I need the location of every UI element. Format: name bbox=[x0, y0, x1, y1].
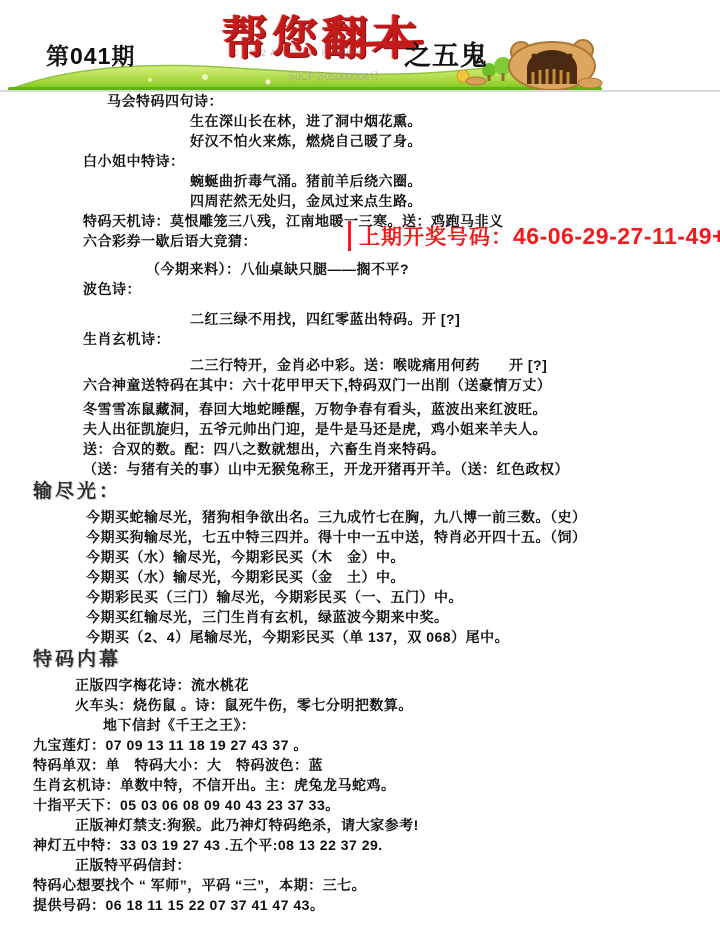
text-line: 马会特码四句诗： bbox=[107, 94, 720, 108]
text-line: 今期买蛇输尽光，猪狗相争欲出名。三九成竹七在胸，九八博一前三数。（史） bbox=[86, 510, 720, 524]
page-subtitle: 之五鬼 bbox=[404, 34, 488, 73]
text-line: 火车头：烧伤鼠 。诗：鼠死牛伤，零七分明把数算。 bbox=[75, 698, 720, 712]
text-line: （今期来料）：八仙桌缺只腿——搁不平? bbox=[146, 262, 720, 276]
text-line: 冬雪雪冻鼠藏洞，春回大地蛇睡醒，万物争春有看头，蓝波出来红波旺。 bbox=[83, 402, 720, 416]
page-title: 帮您翻本 bbox=[222, 2, 422, 68]
text-line: 生肖玄机诗： bbox=[83, 332, 720, 346]
text-line: 九宝莲灯：07 09 13 11 18 19 27 43 37 。 bbox=[33, 738, 720, 752]
text-line: 今期彩民买（三门）输尽光，今期彩民买（一、五门）中。 bbox=[86, 590, 720, 604]
text-line: 十指平天下：05 03 06 08 09 40 43 23 37 33。 bbox=[33, 798, 720, 812]
text-line: 生肖玄机诗：单数中特，不信开出。主：虎兔龙马蛇鸡。 bbox=[33, 778, 720, 792]
text-line: 地下信封《千王之王》： bbox=[103, 718, 720, 732]
text-line: 正版特平码信封： bbox=[75, 858, 720, 872]
page: © 2002 All Rights Reserved 琼ICP备05000006… bbox=[0, 0, 720, 942]
text-line: 波色诗： bbox=[83, 282, 720, 296]
text-line: 二红三绿不用找，四红零蓝出特码。开 [?] bbox=[190, 312, 720, 326]
watermark-icp: 琼ICP备05000006号 bbox=[288, 68, 379, 83]
text-line: 送：合双的数。配：四八之数就想出，六畜生肖来特码。 bbox=[83, 442, 720, 456]
text-line: 今期买（水）输尽光，今期彩民买（金 土）中。 bbox=[86, 570, 720, 584]
text-line: 特码天机诗：莫恨雕笼三八残，江南地暖一三寒。送：鸡跑马非义 bbox=[83, 214, 720, 228]
text-line: 正版四字梅花诗：流水桃花 bbox=[75, 678, 720, 692]
text-line: 好汉不怕火来炼，燃烧自己暖了身。 bbox=[190, 134, 720, 148]
text-line: 神灯五中特：33 03 19 27 43 .五个平:08 13 22 37 29… bbox=[33, 838, 720, 852]
text-line: 提供号码：06 18 11 15 22 07 37 41 47 43。 bbox=[33, 898, 720, 912]
header-divider bbox=[0, 90, 720, 92]
text-line: 特码单双：单 特码大小：大 特码波色：蓝 bbox=[33, 758, 720, 772]
text-line: 六合神童送特码在其中：六十花甲甲天下,特码双门一出削（送豪情万丈） bbox=[83, 378, 720, 392]
text-line: （送：与猪有关的事）山中无猴兔称王，开龙开猪再开羊。（送：红色政权） bbox=[83, 462, 720, 476]
text-line: 今期买狗输尽光，七五中特三四并。得十中一五中送，特肖必开四十五。（饲） bbox=[86, 530, 720, 544]
text-line: 今期买红输尽光，三门生肖有玄机，绿蓝波今期来中奖。 bbox=[86, 610, 720, 624]
text-line: 白小姐中特诗： bbox=[83, 154, 720, 168]
text-line: 蜿蜒曲折毒气涌。猪前羊后绕六圈。 bbox=[190, 174, 720, 188]
text-line: 生在深山长在林，进了洞中烟花熏。 bbox=[190, 114, 720, 128]
text-line: 夫人出征凯旋归，五爷元帅出门迎，是牛是马还是虎，鸡小姐来羊夫人。 bbox=[83, 422, 720, 436]
text-line: 六合彩券一歇后语大竞猜： bbox=[83, 234, 720, 248]
header: © 2002 All Rights Reserved 琼ICP备05000006… bbox=[0, 0, 720, 94]
text-line: 特码心想要找个 “ 军师”，平码 “三”，本期：三七。 bbox=[33, 878, 720, 892]
section-header: 输尽光： bbox=[33, 482, 720, 502]
text-line: 正版神灯禁支:狗猴。此乃神灯特码绝杀，请大家参考! bbox=[75, 818, 720, 832]
content: 马会特码四句诗：生在深山长在林，进了洞中烟花熏。好汉不怕火来炼，燃烧自己暖了身。… bbox=[0, 94, 720, 918]
issue-number: 第041期 bbox=[46, 38, 135, 71]
text-line: 今期买（水）输尽光，今期彩民买（木 金）中。 bbox=[86, 550, 720, 564]
text-line: 二三行特开，金肖必中彩。送：喉咙痛用何药 开 [?] bbox=[190, 358, 720, 372]
text-line: 四周茫然无处归，金凤过来点生路。 bbox=[190, 194, 720, 208]
section-header: 特码内幕 bbox=[33, 650, 720, 670]
text-line: 今期买（2、4）尾输尽光，今期彩民买（单 137，双 068）尾中。 bbox=[86, 630, 720, 644]
